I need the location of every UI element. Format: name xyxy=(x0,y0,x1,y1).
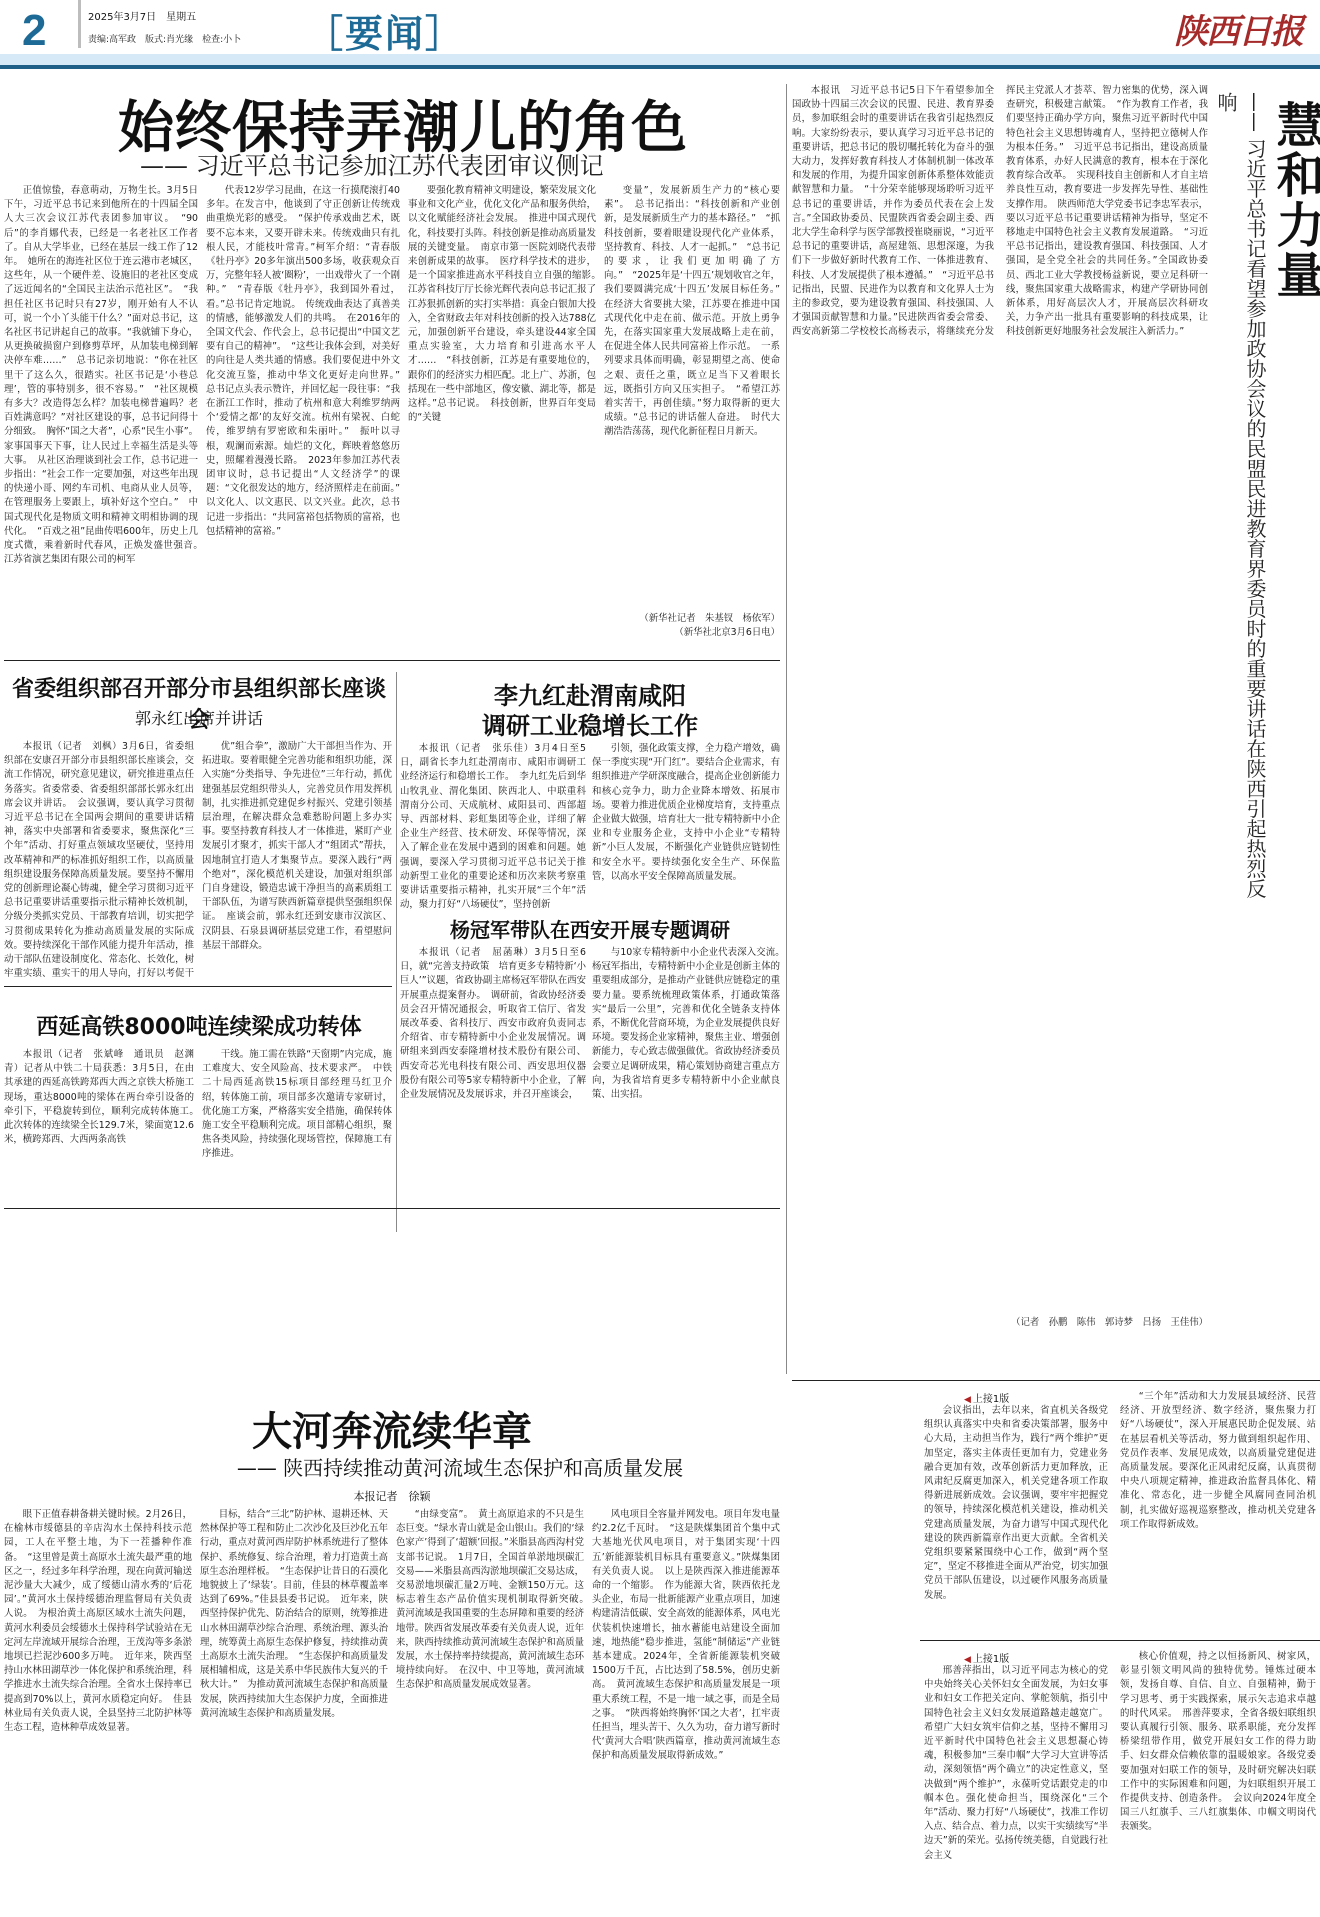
lead-source: （新华社北京3月6日电） xyxy=(620,626,780,642)
divider-org xyxy=(4,986,392,987)
divider-continued-2 xyxy=(920,1640,1320,1641)
li-column-2: 引领，强化政策支撑，全力稳产增效，确保一季度实现“开门红”。要结合企业需求，有组… xyxy=(592,742,780,910)
section-title: ［要闻］ xyxy=(305,3,465,58)
paragraph: 本报讯（记者 张乐佳）3月4日至5日，副省长李九红赴渭南市、咸阳市调研工业经济运… xyxy=(400,742,586,910)
river-column-4: 风电项目全容量并网发电。项目年发电量约2.2亿千瓦时。 “这是陕煤集团首个集中式… xyxy=(592,1508,780,1916)
paragraph: 代表12岁学习昆曲，在这一行摸爬滚打40多年。在发言中，他谈到了守正创新让传统戏… xyxy=(206,184,400,539)
yang-column-1: 本报讯（记者 屈菡琳）3月5日至6日，就“完善支持政策 培育更多专精特新‘小巨人… xyxy=(400,946,586,1206)
divider-middle xyxy=(4,1208,780,1209)
continued-label-1: ◀上接1版 xyxy=(964,1390,1009,1405)
issue-date: 2025年3月7日 星期五 xyxy=(88,8,196,23)
paragraph: 正值惊蛰，春意萌动，万物生长。3月5日下午，习近平总书记来到他所在的十四届全国人… xyxy=(4,184,198,567)
lead-column-3: 要强化教育精神文明建设，繁荣发展文化事业和文化产业，优化文化产品和服务供给，以文… xyxy=(408,184,596,634)
continued-1-column-2: “三个年”活动和大力发展县域经济、民营经济、开放型经济、数字经济，聚焦聚力打好“… xyxy=(1120,1390,1316,1632)
vertical-headline: 为提升国家创新体系整体效能贡献智慧和力量 xyxy=(1262,100,1320,900)
header-band-light xyxy=(0,54,1320,65)
paragraph: 邢善萍指出，以习近平同志为核心的党中央始终关心关怀妇女全面发展，为妇女事业和妇女… xyxy=(924,1664,1108,1863)
continued-2-column-2: 核心价值观，持之以恒扬新风、树家风，彰显引领文明风尚的独特优势。锤炼过硬本领，发… xyxy=(1120,1650,1316,1916)
paragraph: 本报讯（记者 张斌峰 通讯员 赵渊青）记者从中铁二十局获悉：3月5日，在由其承建… xyxy=(4,1048,194,1147)
vertical-subheadline: —— 习近平总书记看望参加政协会议的民盟民进教育界委员时的重要讲话在陕西引起热烈… xyxy=(1212,92,1270,912)
lead-column-1: 正值惊蛰，春意萌动，万物生长。3月5日下午，习近平总书记来到他所在的十四届全国人… xyxy=(4,184,198,634)
paragraph: 变量”，发展新质生产力的“核心要素”。 总书记指出：“科技创新和产业创新，是发展… xyxy=(604,184,780,440)
paragraph: 干线。施工需在铁路“天窗期”内完成，施工难度大、安全风险高、技术要求严。 中铁二… xyxy=(202,1048,392,1162)
rail-headline: 西延高铁8000吨连续梁成功转体 xyxy=(4,1010,394,1041)
paragraph: 要强化教育精神文明建设，繁荣发展文化事业和文化产业，优化文化产品和服务供给，以文… xyxy=(408,184,596,425)
river-subheadline: —— 陕西持续推动黄河流域生态保护和高质量发展 xyxy=(140,1452,780,1481)
rail-column-2: 干线。施工需在铁路“天窗期”内完成，施工难度大、安全风险高、技术要求严。 中铁二… xyxy=(202,1048,392,1198)
vertical-byline: （记者 孙鹏 陈伟 郭诗梦 吕扬 王佳伟） xyxy=(792,1316,1208,1330)
paragraph: 目标，结合“三北”防护林、退耕还林、天然林保护等工程和防止二次沙化及巨沙化五年行… xyxy=(200,1508,388,1721)
continued-1-column-1: 会议指出，去年以来，省直机关各级党组织认真落实中央和省委决策部署，服务中心大局，… xyxy=(924,1404,1108,1632)
lead-column-4: 变量”，发展新质生产力的“核心要素”。 总书记指出：“科技创新和产业创新，是发展… xyxy=(604,184,780,604)
continued-label-2: ◀上接1版 xyxy=(964,1650,1009,1665)
divider-lead xyxy=(4,660,780,661)
river-column-1: 眼下正值春耕备耕关键时候。2月26日，在榆林市绥德县的辛店沟水土保持科技示范园，… xyxy=(4,1508,192,1916)
river-headline: 大河奔流续华章 xyxy=(4,1400,780,1457)
org-meeting-subheadline: 郭永红出席并讲话 xyxy=(4,706,394,729)
paragraph: 本报讯（记者 屈菡琳）3月5日至6日，就“完善支持政策 培育更多专精特新‘小巨人… xyxy=(400,946,586,1102)
river-column-3: “由绿变富”。 黄土高原追求的不只是生态巨变。“绿水青山就是金山银山。我们的‘绿… xyxy=(396,1508,584,1916)
paragraph: 会议指出，去年以来，省直机关各级党组织认真落实中央和省委决策部署，服务中心大局，… xyxy=(924,1404,1108,1603)
newspaper-logo: 陕西日报 xyxy=(1174,4,1302,53)
paragraph: 优”组合拳”，激励广大干部担当作为、开拓进取。要着眼健全完善功能和组织功能，深入… xyxy=(202,740,392,953)
masthead-divider xyxy=(78,0,81,48)
paragraph: “由绿变富”。 黄土高原追求的不只是生态巨变。“绿水青山就是金山银山。我们的‘绿… xyxy=(396,1508,584,1693)
page-number: 2 xyxy=(22,6,46,56)
paragraph: 本报讯（记者 刘枫）3月6日，省委组织部在安康召开部分市县组织部长座谈会，交流工… xyxy=(4,740,194,980)
editor-credits: 责编:高军政 版式:肖光缘 检查:小卜 xyxy=(88,32,241,45)
org-column-1: 本报讯（记者 刘枫）3月6日，省委组织部在安康召开部分市县组织部长座谈会，交流工… xyxy=(4,740,194,980)
paragraph: 引领，强化政策支撑，全力稳产增效，确保一季度实现“开门红”。要结合企业需求，有组… xyxy=(592,742,780,884)
column-divider xyxy=(396,672,397,1232)
header-band-dark xyxy=(0,65,1320,69)
paragraph: 与10家专精特新中小企业代表深入交流。 杨冠军指出，专精特新中小企业是创新主体的… xyxy=(592,946,780,1102)
org-column-2: 优”组合拳”，激励广大干部担当作为、开拓进取。要着眼健全完善功能和组织功能，深入… xyxy=(202,740,392,980)
paragraph: 眼下正值春耕备耕关键时候。2月26日，在榆林市绥德县的辛店沟水土保持科技示范园，… xyxy=(4,1508,192,1735)
rail-column-1: 本报讯（记者 张斌峰 通讯员 赵渊青）记者从中铁二十局获悉：3月5日，在由其承建… xyxy=(4,1048,194,1198)
vertical-story-body: 本报讯 习近平总书记5日下午看望参加全国政协十四届三次会议的民盟、民进、教育界委… xyxy=(792,84,1208,1264)
li-column-1: 本报讯（记者 张乐佳）3月4日至5日，副省长李九红赴渭南市、咸阳市调研工业经济运… xyxy=(400,742,586,910)
continued-2-column-1: 邢善萍指出，以习近平同志为核心的党中央始终关心关怀妇女全面发展，为妇女事业和妇女… xyxy=(924,1664,1108,1916)
lead-column-2: 代表12岁学习昆曲，在这一行摸爬滚打40多年。在发言中，他谈到了守正创新让传统戏… xyxy=(206,184,400,634)
divider-continued-1 xyxy=(792,1380,1320,1381)
river-column-2: 目标，结合“三北”防护林、退耕还林、天然林保护等工程和防止二次沙化及巨沙化五年行… xyxy=(200,1508,388,1916)
paragraph: 本报讯 习近平总书记5日下午看望参加全国政协十四届三次会议的民盟、民进、教育界委… xyxy=(792,84,1208,340)
paragraph: “三个年”活动和大力发展县域经济、民营经济、开放型经济、数字经济，聚焦聚力打好“… xyxy=(1120,1390,1316,1532)
li-headline-line2: 调研工业稳增长工作 xyxy=(400,706,780,741)
paragraph: 核心价值观，持之以恒扬新风、树家风，彰显引领文明风尚的独特优势。锤炼过硬本领，发… xyxy=(1120,1650,1316,1835)
river-byline: 本报记者 徐颖 xyxy=(4,1488,780,1504)
paragraph: 风电项目全容量并网发电。项目年发电量约2.2亿千瓦时。 “这是陕煤集团首个集中式… xyxy=(592,1508,780,1764)
yang-column-2: 与10家专精特新中小企业代表深入交流。 杨冠军指出，专精特新中小企业是创新主体的… xyxy=(592,946,780,1206)
yang-headline: 杨冠军带队在西安开展专题调研 xyxy=(400,914,780,943)
lead-subheadline: —— 习近平总书记参加江苏代表团审议侧记 xyxy=(140,146,604,181)
column-divider xyxy=(786,84,787,1374)
